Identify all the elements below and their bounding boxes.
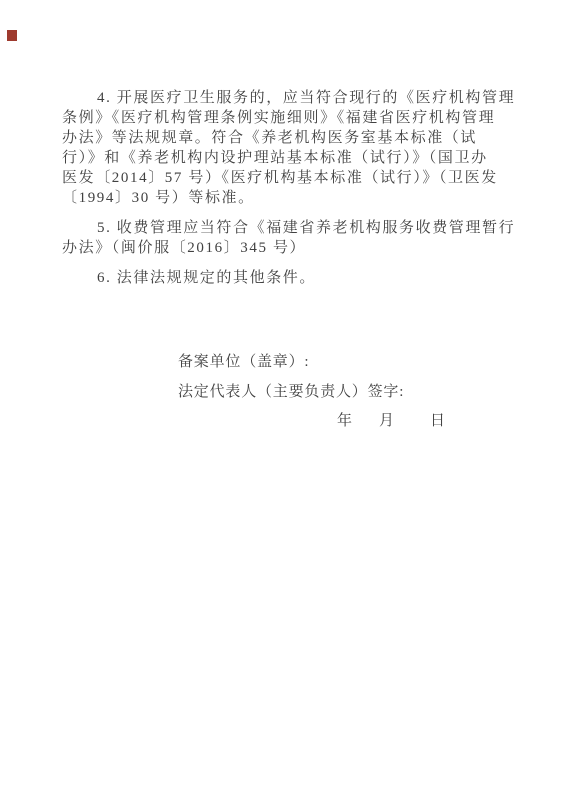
paragraph-line: 5. 收费管理应当符合《福建省养老机构服务收费管理暂行: [62, 218, 522, 238]
date-line: 年月日: [337, 411, 445, 431]
paragraph-line: 办法》（闽价服〔2016〕345 号）: [62, 238, 522, 258]
filing-unit-seal-label: 备案单位（盖章）:: [178, 352, 309, 372]
paragraph-line: 6. 法律法规规定的其他条件。: [62, 268, 522, 288]
paragraph-item-4: 4. 开展医疗卫生服务的，应当符合现行的《医疗机构管理 条例》《医疗机构管理条例…: [62, 88, 522, 208]
paragraph-line: 4. 开展医疗卫生服务的，应当符合现行的《医疗机构管理: [62, 88, 522, 108]
red-stamp-mark: [7, 30, 17, 41]
paragraph-item-6: 6. 法律法规规定的其他条件。: [62, 268, 522, 288]
date-day-label: 日: [430, 413, 445, 429]
paragraph-line: 医发〔2014〕57 号）《医疗机构基本标准（试行）》（卫医发: [62, 168, 522, 188]
paragraph-line: 行）》和《养老机构内设护理站基本标准（试行）》（国卫办: [62, 148, 522, 168]
paragraph-line: 条例》《医疗机构管理条例实施细则》《福建省医疗机构管理: [62, 108, 522, 128]
paragraph-item-5: 5. 收费管理应当符合《福建省养老机构服务收费管理暂行 办法》（闽价服〔2016…: [62, 218, 522, 258]
paragraph-line: 〔1994〕30 号）等标准。: [62, 188, 522, 208]
date-year-label: 年: [337, 413, 352, 429]
paragraph-line: 办法》等法规规章。符合《养老机构医务室基本标准（试: [62, 128, 522, 148]
document-page: 4. 开展医疗卫生服务的，应当符合现行的《医疗机构管理 条例》《医疗机构管理条例…: [0, 0, 565, 800]
legal-representative-signature-label: 法定代表人（主要负责人）签字:: [178, 382, 404, 402]
date-month-label: 月: [379, 413, 394, 429]
